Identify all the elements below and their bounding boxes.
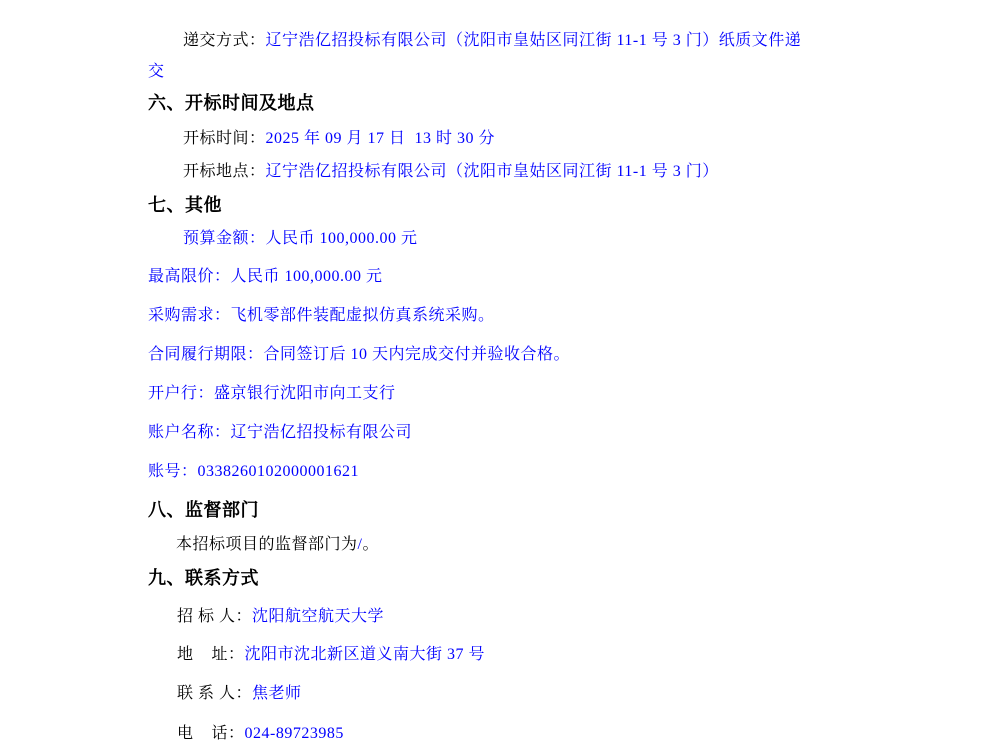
max-price-line: 最高限价：人民币 100,000.00 元 [148,261,383,292]
section-7-heading: 七、其他 [148,190,222,221]
supervision-line: 本招标项目的监督部门为/。 [176,529,379,560]
supervision-suffix: 。 [362,536,379,553]
account-number-line: 账号：0338260102000001621 [148,456,359,487]
bid-opening-place-label: 开标地点： [183,163,266,180]
delivery-method-label: 递交方式： [183,32,266,49]
delivery-method-line: 递交方式：辽宁浩亿招投标有限公司（沈阳市皇姑区同江街 11-1 号 3 门）纸质… [183,25,883,56]
delivery-method-value-line2: 交 [148,56,165,87]
section-9-heading: 九、联系方式 [148,563,259,594]
bid-opening-place-line: 开标地点：辽宁浩亿招投标有限公司（沈阳市皇姑区同江街 11-1 号 3 门） [183,156,719,187]
tenderer-line: 招 标 人：沈阳航空航天大学 [177,601,384,632]
contact-person-line: 联 系 人：焦老师 [177,678,302,709]
contact-person-value: 焦老师 [252,685,302,702]
delivery-method-value-line1: 辽宁浩亿招投标有限公司（沈阳市皇姑区同江街 11-1 号 3 门）纸质文件递 [266,32,802,49]
contact-person-label: 联 系 人： [177,685,252,702]
budget-amount-line: 预算金额：人民币 100,000.00 元 [183,223,418,254]
bid-opening-time-value: 2025 年 09 月 17 日 13 时 30 分 [266,130,496,147]
address-value: 沈阳市沈北新区道义南大街 37 号 [245,646,486,663]
phone-value: 024-89723985 [245,725,344,742]
bid-opening-time-label: 开标时间： [183,130,266,147]
address-line: 地 址：沈阳市沈北新区道义南大街 37 号 [177,639,485,670]
tenderer-label: 招 标 人： [177,608,252,625]
account-name-line: 账户名称：辽宁浩亿招投标有限公司 [148,417,412,448]
bid-opening-time-line: 开标时间：2025 年 09 月 17 日 13 时 30 分 [183,123,495,154]
address-label: 地 址： [177,646,245,663]
procurement-requirement-line: 采购需求：飞机零部件装配虚拟仿真系统采购。 [148,300,495,331]
bid-opening-place-value: 辽宁浩亿招投标有限公司（沈阳市皇姑区同江街 11-1 号 3 门） [266,163,719,180]
document-page: 递交方式：辽宁浩亿招投标有限公司（沈阳市皇姑区同江街 11-1 号 3 门）纸质… [0,0,991,756]
tenderer-value: 沈阳航空航天大学 [252,608,384,625]
phone-line: 电 话：024-89723985 [177,718,344,749]
bank-name-line: 开户行：盛京银行沈阳市向工支行 [148,378,396,409]
contract-term-line: 合同履行期限：合同签订后 10 天内完成交付并验收合格。 [148,339,570,370]
supervision-prefix: 本招标项目的监督部门为 [176,536,358,553]
phone-label: 电 话： [177,725,245,742]
section-6-heading: 六、开标时间及地点 [148,88,315,119]
section-8-heading: 八、监督部门 [148,495,259,526]
